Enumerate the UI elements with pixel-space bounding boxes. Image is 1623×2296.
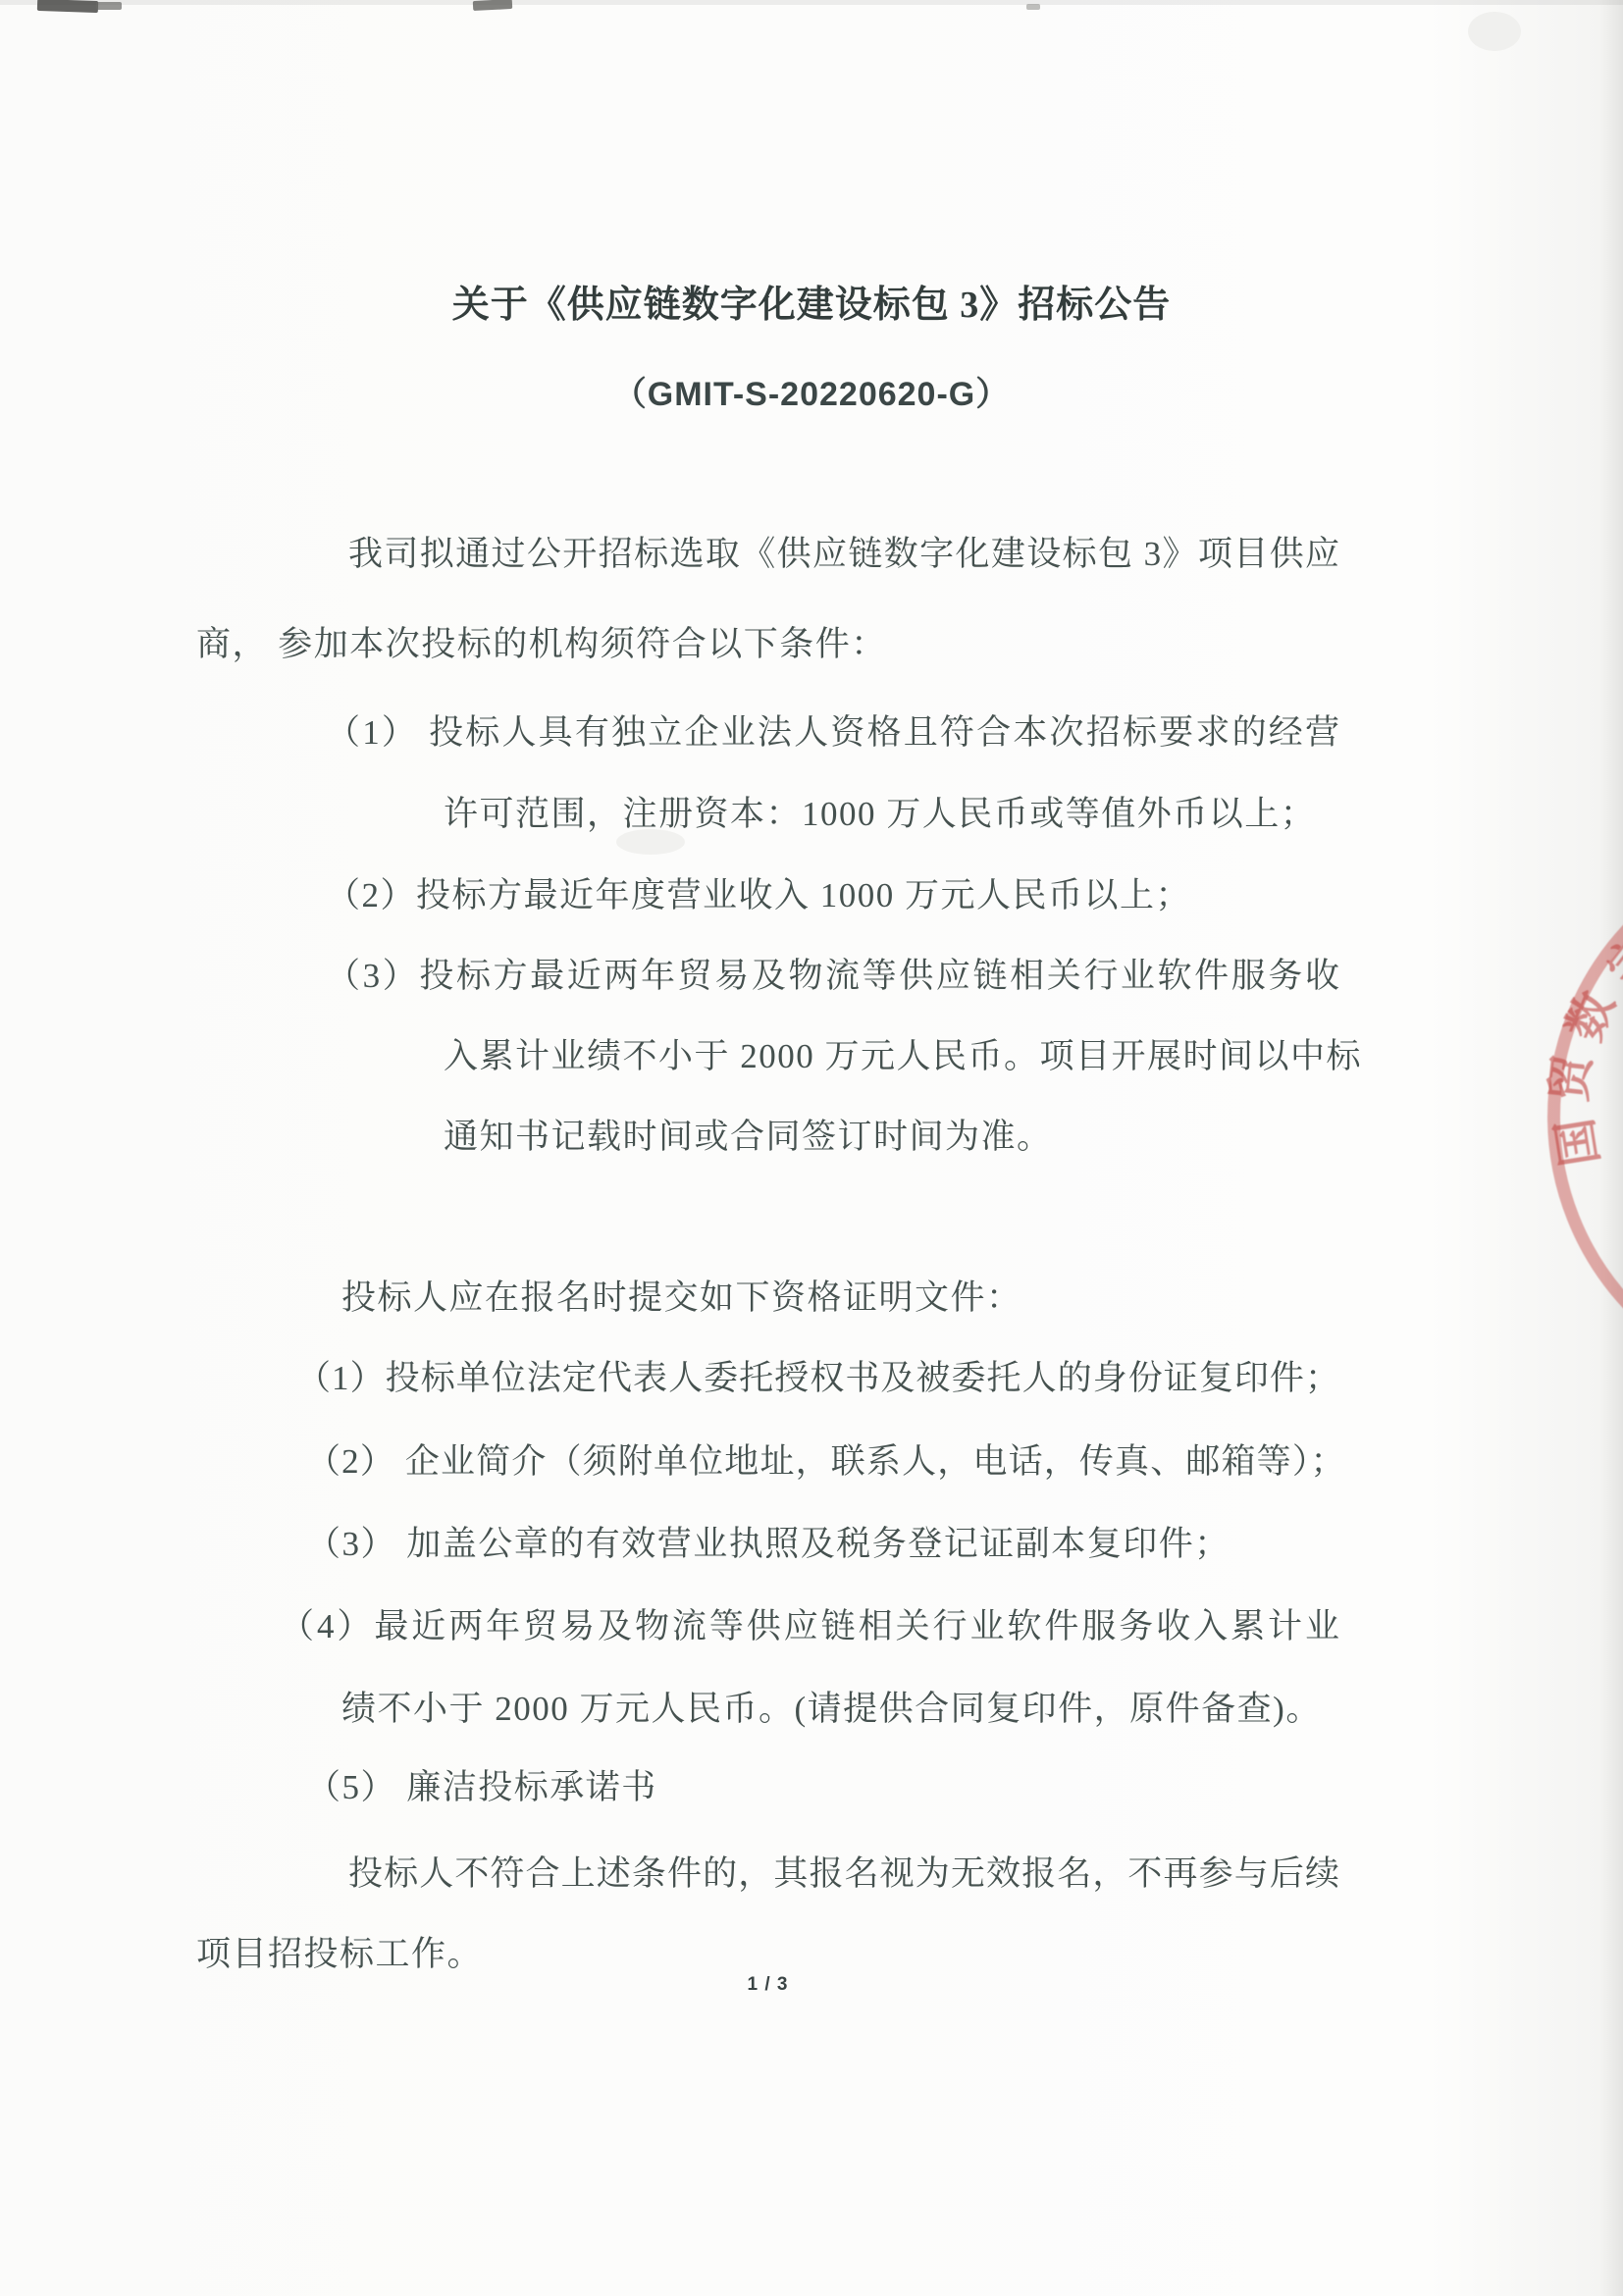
document-item-4-line-1: （4）最近两年贸易及物流等供应链相关行业软件服务收入累计业: [280, 1607, 1339, 1646]
closing-line-2: 项目招投标工作。: [196, 1935, 483, 1974]
scan-artifact-mark: [96, 2, 122, 10]
scan-artifact-mark: [1026, 4, 1040, 10]
document-item-1: （1）投标单位法定代表人委托授权书及被委托人的身份证复印件；: [296, 1359, 1339, 1398]
intro-line-1: 我司拟通过公开招标选取《供应链数字化建设标包 3》项目供应: [348, 535, 1339, 574]
scan-artifact-mark: [37, 0, 98, 13]
intro-line-2: 商， 参加本次投标的机构须符合以下条件：: [196, 625, 887, 664]
seal-char: 国: [1552, 1116, 1606, 1170]
closing-line-1: 投标人不符合上述条件的，其报名视为无效报名，不再参与后续: [348, 1854, 1339, 1894]
scan-artifact-mark: [473, 0, 512, 11]
document-item-2: （2） 企业简介（须附单位地址，联系人，电话，传真、邮箱等）；: [306, 1442, 1344, 1482]
condition-3-line-2: 入累计业绩不小于 2000 万元人民币。项目开展时间以中标: [444, 1037, 1362, 1076]
document-page: 国 贸 数 字 关于《供应链数字化建设标包 3》招标公告 （GMIT-S-202…: [0, 0, 1623, 2296]
condition-2: （2）投标方最近年度营业收入 1000 万元人民币以上；: [326, 876, 1191, 915]
scan-artifact-smudge: [1468, 12, 1521, 51]
condition-3-line-3: 通知书记载时间或合同签订时间为准。: [444, 1118, 1053, 1157]
doc-code: （GMIT-S-20220620-G）: [0, 376, 1623, 414]
seal-char: 贸: [1546, 1053, 1598, 1105]
page-number: 1 / 3: [167, 1974, 1369, 1996]
condition-3-line-1: （3）投标方最近两年贸易及物流等供应链相关行业软件服务收: [326, 957, 1339, 996]
doc-title: 关于《供应链数字化建设标包 3》招标公告: [0, 285, 1623, 328]
scan-artifact-top-band: [0, 0, 1623, 5]
condition-1-line-1: （1） 投标人具有独立企业法人资格且符合本次招标要求的经营: [326, 713, 1339, 753]
condition-1-line-2: 许可范围，注册资本：1000 万人民币或等值外币以上；: [444, 795, 1316, 834]
document-item-4-line-2: 绩不小于 2000 万元人民币。(请提供合同复印件，原件备查)。: [341, 1690, 1322, 1729]
document-item-3: （3） 加盖公章的有效营业执照及税务登记证副本复印件；: [306, 1525, 1230, 1564]
documents-header: 投标人应在报名时提交如下资格证明文件：: [341, 1278, 1022, 1318]
document-item-5: （5） 廉洁投标承诺书: [306, 1768, 657, 1807]
